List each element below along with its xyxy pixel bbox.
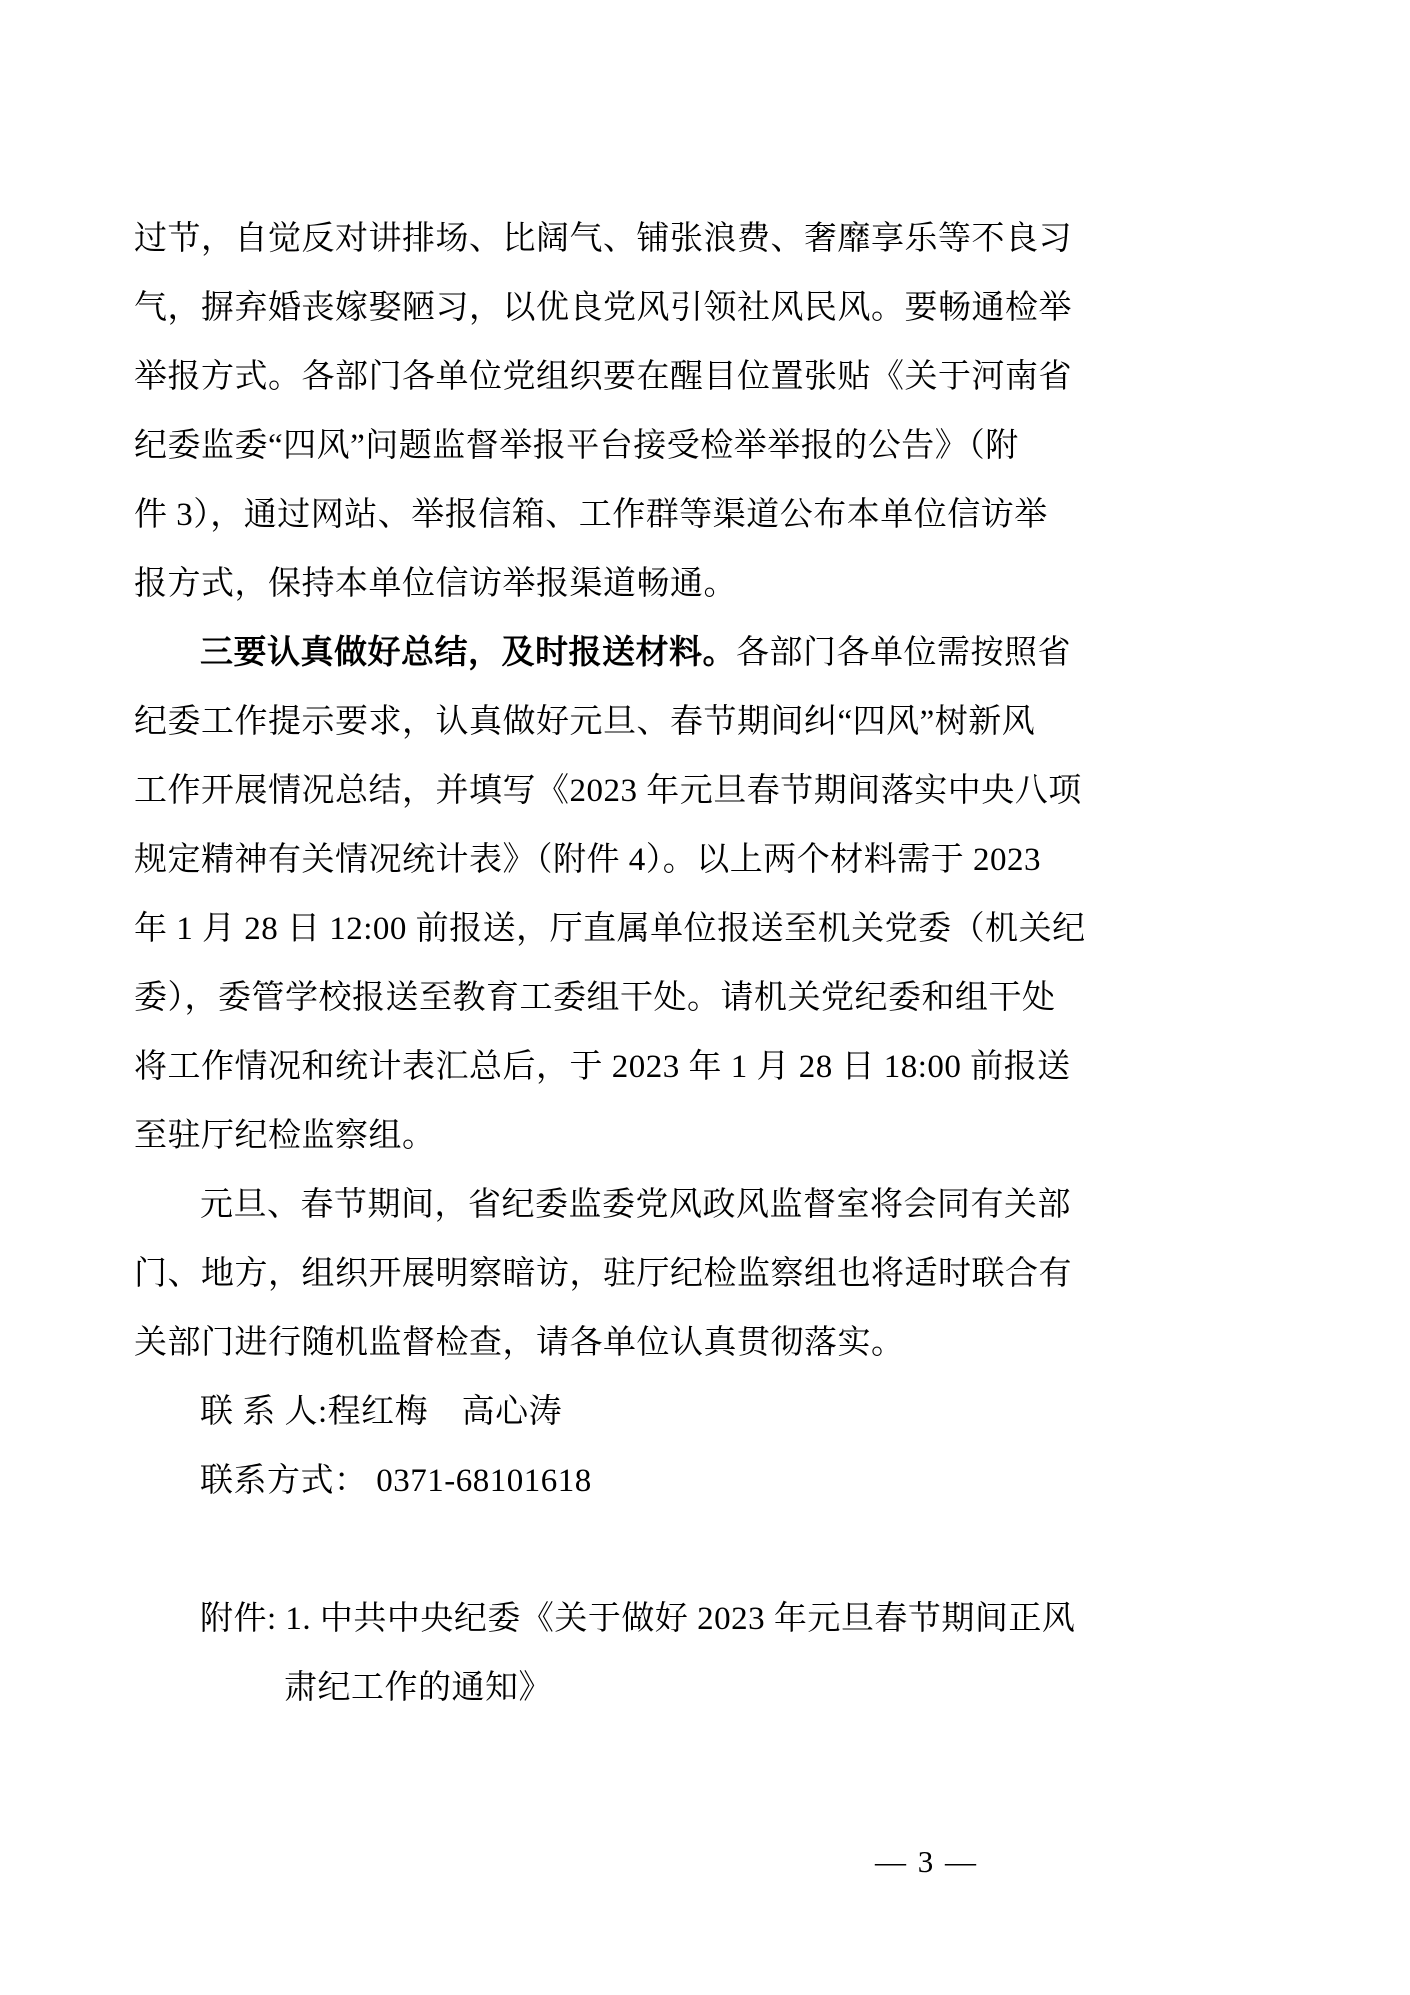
- line-text: 报方式，保持本单位信访举报渠道畅通。: [134, 566, 737, 602]
- line-text: 关部门进行随机监督检查，请各单位认真贯彻落实。: [134, 1325, 905, 1361]
- document-line: 纪委工作提示要求，认真做好元旦、春节期间纠“四风”树新风: [134, 688, 980, 757]
- document-line: 元旦、春节期间，省纪委监委党风政风监督室将会同有关部: [134, 1171, 980, 1240]
- document-line: 将工作情况和统计表汇总后，于 2023 年 1 月 28 日 18:00 前报送: [134, 1033, 980, 1102]
- document-line: 至驻厅纪检监察组。: [134, 1102, 980, 1171]
- document-line: 年 1 月 28 日 12:00 前报送，厅直属单位报送至机关党委（机关纪: [134, 895, 980, 964]
- line-text: 过节，自觉反对讲排场、比阔气、铺张浪费、奢靡享乐等不良习: [134, 221, 1072, 257]
- line-text: 联 系 人:程红梅 高心涛: [200, 1394, 562, 1430]
- document-line: 联系方式： 0371-68101618: [134, 1447, 980, 1516]
- line-text: 举报方式。各部门各单位党组织要在醒目位置张贴《关于河南省: [134, 359, 1072, 395]
- document-line: 纪委监委“四风”问题监督举报平台接受检举举报的公告》（附: [134, 412, 980, 481]
- document-line: 规定精神有关情况统计表》（附件 4）。以上两个材料需于 2023: [134, 826, 980, 895]
- document-line: 委），委管学校报送至教育工委组干处。请机关党纪委和组干处: [134, 964, 980, 1033]
- document-line: 关部门进行随机监督检查，请各单位认真贯彻落实。: [134, 1309, 980, 1378]
- document-line: 联 系 人:程红梅 高心涛: [134, 1378, 980, 1447]
- line-bold-text: 三要认真做好总结，及时报送材料。: [200, 635, 736, 671]
- line-text: 各部门各单位需按照省: [736, 635, 1071, 671]
- line-text: 规定精神有关情况统计表》（附件 4）。以上两个材料需于 2023: [134, 842, 1041, 878]
- line-text: 联系方式： 0371-68101618: [200, 1463, 592, 1499]
- line-text: 门、地方，组织开展明察暗访，驻厅纪检监察组也将适时联合有: [134, 1256, 1072, 1292]
- document-line: 门、地方，组织开展明察暗访，驻厅纪检监察组也将适时联合有: [134, 1240, 980, 1309]
- line-text: 年 1 月 28 日 12:00 前报送，厅直属单位报送至机关党委（机关纪: [134, 911, 1086, 947]
- line-text: 委），委管学校报送至教育工委组干处。请机关党纪委和组干处: [134, 980, 1056, 1016]
- page-number: — 3 —: [875, 1842, 978, 1882]
- document-line: 三要认真做好总结，及时报送材料。各部门各单位需按照省: [134, 619, 980, 688]
- document-line: 过节，自觉反对讲排场、比阔气、铺张浪费、奢靡享乐等不良习: [134, 205, 980, 274]
- document-line: 举报方式。各部门各单位党组织要在醒目位置张贴《关于河南省: [134, 343, 980, 412]
- line-text: 将工作情况和统计表汇总后，于 2023 年 1 月 28 日 18:00 前报送: [134, 1049, 1071, 1085]
- document-line: 工作开展情况总结，并填写《2023 年元旦春节期间落实中央八项: [134, 757, 980, 826]
- document-body: 过节，自觉反对讲排场、比阔气、铺张浪费、奢靡享乐等不良习气，摒弃婚丧嫁娶陋习，以…: [134, 205, 980, 1723]
- document-line: 报方式，保持本单位信访举报渠道畅通。: [134, 550, 980, 619]
- line-text: 工作开展情况总结，并填写《2023 年元旦春节期间落实中央八项: [134, 773, 1082, 809]
- document-line: 附件: 1. 中共中央纪委《关于做好 2023 年元旦春节期间正风: [134, 1585, 980, 1654]
- document-line: 件 3），通过网站、举报信箱、工作群等渠道公布本单位信访举: [134, 481, 980, 550]
- line-text: 肃纪工作的通知》: [284, 1670, 552, 1706]
- line-text: 元旦、春节期间，省纪委监委党风政风监督室将会同有关部: [200, 1187, 1071, 1223]
- line-text: 附件: 1. 中共中央纪委《关于做好 2023 年元旦春节期间正风: [200, 1601, 1075, 1637]
- line-text: 纪委监委“四风”问题监督举报平台接受检举举报的公告》（附: [134, 428, 1019, 464]
- line-text: 纪委工作提示要求，认真做好元旦、春节期间纠“四风”树新风: [134, 704, 1035, 740]
- line-text: 至驻厅纪检监察组。: [134, 1118, 436, 1154]
- document-line: 肃纪工作的通知》: [134, 1654, 980, 1723]
- line-text: 气，摒弃婚丧嫁娶陋习，以优良党风引领社风民风。要畅通检举: [134, 290, 1072, 326]
- document-line: 气，摒弃婚丧嫁娶陋习，以优良党风引领社风民风。要畅通检举: [134, 274, 980, 343]
- document-page: 过节，自觉反对讲排场、比阔气、铺张浪费、奢靡享乐等不良习气，摒弃婚丧嫁娶陋习，以…: [0, 0, 1410, 1995]
- line-text: 件 3），通过网站、举报信箱、工作群等渠道公布本单位信访举: [134, 497, 1048, 533]
